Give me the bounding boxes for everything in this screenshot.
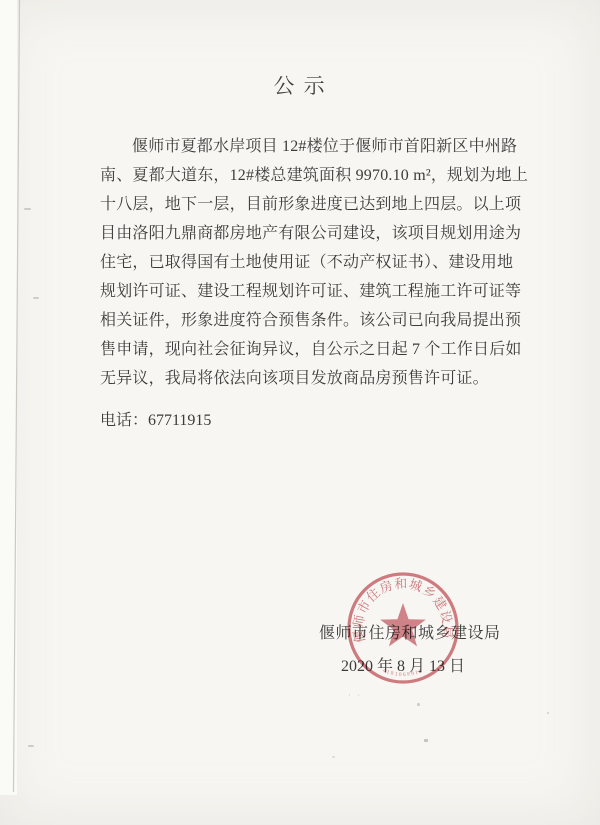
phone-line: 电话：67711915 (100, 406, 211, 435)
scan-edge-line (0, 0, 600, 825)
star-icon (380, 603, 426, 646)
notice-body: 偃师市夏都水岸项目 12#楼位于偃师市首阳新区中州路 南、夏都大道东，12#楼总… (100, 132, 508, 393)
scanner-edge-strip (0, 0, 17, 795)
notice-title: 公 示 (0, 70, 600, 100)
body-line: 售申请，现向社会征询异议，自公示之日起 7 个工作日后如 (100, 335, 508, 364)
body-line: 偃师市夏都水岸项目 12#楼位于偃师市首阳新区中州路 (100, 132, 508, 161)
body-line: 南、夏都大道东，12#楼总建筑面积 9970.10 m²，规划为地上 (100, 161, 508, 190)
body-line: 十八层，地下一层，目前形象进度已达到地上四层。以上项 (100, 190, 508, 219)
seal-code: 4181069918 (382, 668, 425, 678)
body-line: 无异议，我局将依法向该项目发放商品房预售许可证。 (100, 364, 508, 393)
body-line: 目由洛阳九鼎商都房地产有限公司建设，该项目规划用途为 (100, 219, 508, 248)
scan-speck (417, 703, 420, 706)
scan-speck (24, 208, 31, 210)
scan-speck (424, 739, 428, 742)
scan-speck (33, 297, 39, 299)
body-line: 规划许可证、建设工程规划许可证、建筑工程施工许可证等 (100, 277, 508, 306)
scan-speck (28, 745, 34, 747)
body-line: 住宅，已取得国有土地使用证（不动产权证书）、建设用地 (100, 248, 508, 277)
scan-speck (547, 712, 549, 714)
scan-smudge: · · (348, 690, 362, 700)
body-line: 相关证件，形象进度符合预售条件。该公司已向我局提出预 (100, 306, 508, 335)
scan-speck (332, 756, 335, 758)
scanned-notice-page: 公 示 偃师市夏都水岸项目 12#楼位于偃师市首阳新区中州路 南、夏都大道东，1… (0, 0, 600, 825)
official-seal: 偃师市住房和城乡建设局 4181069918 (328, 553, 478, 703)
